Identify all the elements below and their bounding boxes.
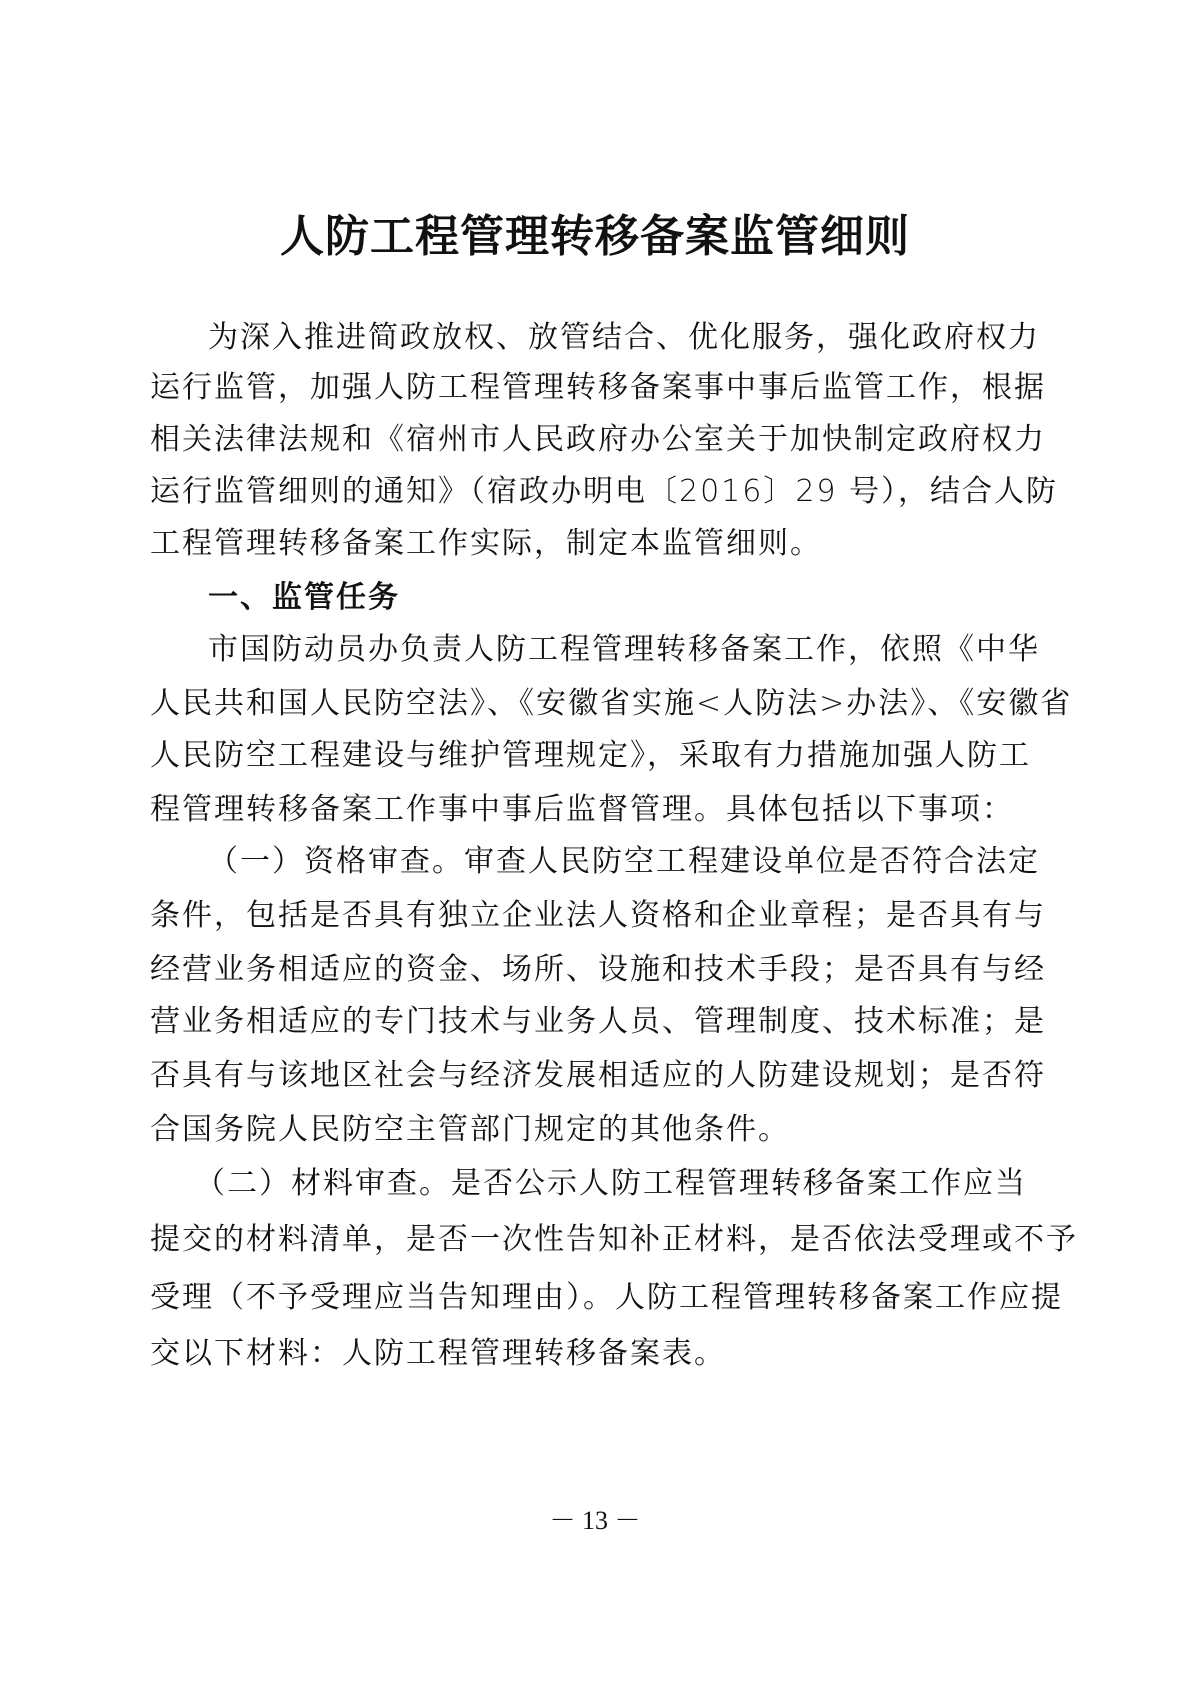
paragraph-line: 提交的材料清单，是否一次性告知补正材料，是否依法受理或不予 [150, 1220, 1040, 1260]
paragraph-line: 否具有与该地区社会与经济发展相适应的人防建设规划；是否符 [150, 1056, 1040, 1096]
paragraph-line: 相关法律法规和《宿州市人民政府办公室关于加快制定政府权力 [150, 420, 1040, 460]
paragraph-line: 程管理转移备案工作事中事后监督管理。具体包括以下事项： [150, 790, 1040, 830]
paragraph-line: 人民共和国人民防空法》、《安徽省实施<人防法>办法》、《安徽省 [150, 684, 1040, 724]
paragraph-line: 市国防动员办负责人防工程管理转移备案工作，依照《中华 [208, 630, 1098, 670]
paragraph-line: 经营业务相适应的资金、场所、设施和技术手段；是否具有与经 [150, 950, 1040, 990]
paragraph-line: 条件，包括是否具有独立企业法人资格和企业章程；是否具有与 [150, 896, 1040, 936]
paragraph-line: 运行监管细则的通知》（宿政办明电〔2016〕29 号），结合人防 [150, 472, 1040, 512]
page-number: － 13 － [0, 1500, 1190, 1537]
paragraph-line: 人民防空工程建设与维护管理规定》，采取有力措施加强人防工 [150, 736, 1040, 776]
paragraph-line: （一）资格审查。审查人民防空工程建设单位是否符合法定 [208, 842, 1098, 882]
paragraph-line: 为深入推进简政放权、放管结合、优化服务，强化政府权力 [208, 318, 1098, 358]
paragraph-line: （二）材料审查。是否公示人防工程管理转移备案工作应当 [195, 1164, 1085, 1204]
paragraph-line: 交以下材料：人防工程管理转移备案表。 [150, 1334, 1040, 1374]
document-title: 人防工程管理转移备案监管细则 [0, 200, 1190, 264]
paragraph-line: 营业务相适应的专门技术与业务人员、管理制度、技术标准；是 [150, 1002, 1040, 1042]
paragraph-line: 合国务院人民防空主管部门规定的其他条件。 [150, 1110, 1040, 1150]
paragraph-line: 受理（不予受理应当告知理由）。人防工程管理转移备案工作应提 [150, 1278, 1040, 1318]
paragraph-line: 运行监管，加强人防工程管理转移备案事中事后监管工作，根据 [150, 368, 1040, 408]
paragraph-line: 工程管理转移备案工作实际，制定本监管细则。 [150, 524, 1040, 564]
section-heading: 一、监管任务 [208, 578, 1098, 618]
